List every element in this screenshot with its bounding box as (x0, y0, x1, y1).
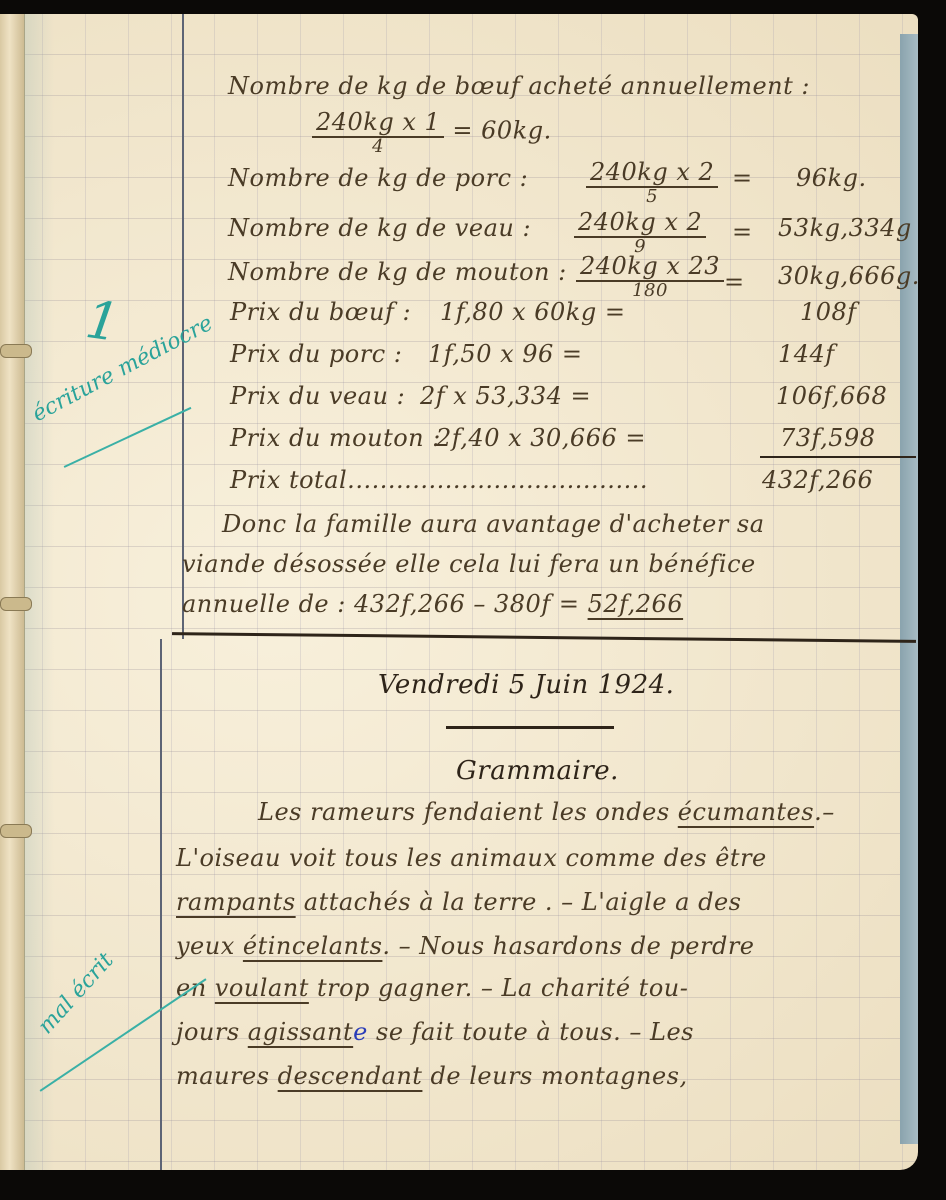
veal-qty-frac: 240kg x 29 (574, 208, 706, 256)
teacher-comment-top: écriture médiocre (28, 311, 217, 427)
conclusion-line-3: annuelle de : 432f,266 – 380f = 52f,266 (182, 590, 683, 618)
blue-cover-edge (900, 34, 918, 1144)
veal-price-expr: 2f x 53,334 = (420, 382, 591, 410)
beef-price-expr: 1f,80 x 60kg = (440, 298, 625, 326)
lesson-subject: Grammaire. (456, 756, 619, 786)
date-underline-rule (446, 726, 614, 729)
grammar-line-3: rampants attachés à la terre . – L'aigle… (176, 888, 742, 916)
pork-qty-result: 96kg. (796, 164, 867, 192)
grammar-line-6: jours agissante se fait toute à tous. – … (176, 1018, 694, 1046)
veal-price-label: Prix du veau : (230, 382, 405, 410)
final-answer: 52f,266 (588, 590, 684, 618)
conclusion-line-2: viande désossée elle cela lui fera un bé… (182, 550, 756, 578)
pork-qty-label: Nombre de kg de porc : (228, 164, 528, 192)
sum-rule (760, 456, 916, 458)
veal-qty-result: 53kg,334g (778, 214, 912, 242)
correction-e: e (353, 1018, 368, 1046)
pork-price-result: 144f (778, 340, 835, 368)
grammar-line-4: yeux étincelants. – Nous hasardons de pe… (176, 932, 755, 960)
beef-price-label: Prix du bœuf : (230, 298, 411, 326)
grammar-line-7: maures descendant de leurs montagnes, (176, 1062, 688, 1090)
margin-line-lower (160, 639, 162, 1170)
mutton-qty-result: 30kg,666g. (778, 262, 918, 290)
mutton-price-label: Prix du mouton : (230, 424, 441, 452)
grammar-line-2: L'oiseau voit tous les animaux comme des… (176, 844, 767, 872)
total-label: Prix total..............................… (230, 466, 648, 494)
lesson-date: Vendredi 5 Juin 1924. (378, 670, 674, 700)
pork-price-label: Prix du porc : (230, 340, 402, 368)
pork-qty-frac: 240kg x 25 (586, 158, 718, 206)
teacher-stroke (64, 407, 192, 468)
beef-qty-calc: 240kg x 14 = 60kg. (312, 108, 552, 156)
beef-intro: Nombre de kg de bœuf acheté annuellement… (228, 72, 810, 100)
notebook-page: Nombre de kg de bœuf acheté annuellement… (0, 14, 918, 1170)
beef-price-result: 108f (800, 298, 857, 326)
mutton-qty-frac: 240kg x 23180 (576, 252, 724, 300)
mutton-price-expr: 2f,40 x 30,666 = (436, 424, 646, 452)
notebook-binding (0, 14, 25, 1170)
binding-stitch (0, 597, 32, 611)
grammar-line-1: Les rameurs fendaient les ondes écumante… (258, 798, 835, 826)
total-result: 432f,266 (762, 466, 873, 494)
grade-mark: 1 (82, 290, 123, 354)
veal-price-result: 106f,668 (776, 382, 887, 410)
mutton-qty-label: Nombre de kg de mouton : (228, 258, 567, 286)
veal-qty-label: Nombre de kg de veau : (228, 214, 531, 242)
pork-price-expr: 1f,50 x 96 = (428, 340, 583, 368)
binding-stitch (0, 824, 32, 838)
mutton-price-result: 73f,598 (780, 424, 876, 452)
grammar-line-5: en voulant trop gagner. – La charité tou… (176, 974, 688, 1002)
section-divider (172, 632, 916, 643)
binding-stitch (0, 344, 32, 358)
conclusion-line-1: Donc la famille aura avantage d'acheter … (222, 510, 765, 538)
